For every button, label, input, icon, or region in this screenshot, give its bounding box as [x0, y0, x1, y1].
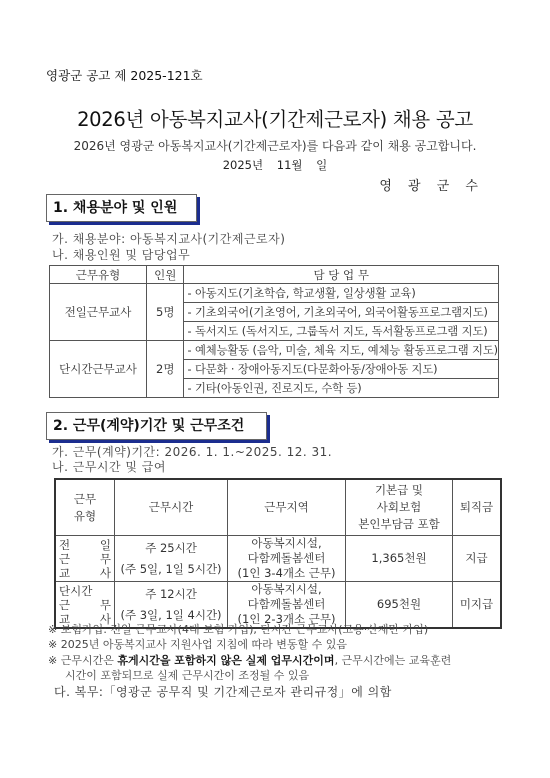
- col-header-pay: 기본급 및 사회보험 본인부담금 포함: [346, 479, 453, 536]
- intro-text: 2026년 영광군 아동복지교사(기간제근로자)를 다음과 같이 채용 공고합니…: [0, 137, 550, 154]
- duty-table: 근무유형 인원 담 당 업 무 전일근무교사 5명 - 아동지도(기초학습, 학…: [49, 265, 499, 398]
- location-cell: 아동복지시설, 다함께돌봄센터 (1인 3-4개소 근무): [228, 536, 346, 582]
- hours-pay-label: 나. 근무시간 및 급여: [52, 458, 166, 475]
- duty-cell: - 다문화 · 장애아동지도(다문화아동/장애아동 지도): [184, 360, 499, 379]
- col-header-location: 근무지역: [228, 479, 346, 536]
- conditions-table: 근무 유형 근무시간 근무지역 기본급 및 사회보험 본인부담금 포함 퇴직금 …: [54, 478, 502, 629]
- type-cell: 단시간근무교사: [50, 341, 147, 398]
- duty-cell: - 독서지도 (독서지도, 그룹독서 지도, 독서활동프로그램 지도): [184, 322, 499, 341]
- service-rules: 다. 복무:「영광군 공무직 및 기간제근로자 관리규정」에 의함: [54, 683, 392, 700]
- duty-cell: - 예체능활동 (음악, 미술, 체육 지도, 예체능 활동프로그램 지도): [184, 341, 499, 360]
- type-cell: 전일근무교사: [50, 284, 147, 341]
- severance-cell: 지급: [453, 536, 502, 582]
- note-work-hours-cont: 시간이 포함되므로 실제 근무시간이 조정될 수 있음: [65, 667, 309, 683]
- col-header-type: 근무유형: [50, 266, 147, 284]
- note-guideline: ※ 2025년 아동복지교사 지원사업 지침에 따라 변동할 수 있음: [48, 636, 347, 652]
- table-row: 전 일 근 무 교 사 주 25시간 (주 5일, 1일 5시간) 아동복지시설…: [55, 536, 501, 582]
- note-work-hours: ※ 근무시간은 휴게시간을 포함하지 않은 실제 업무시간이며, 근무시간에는 …: [48, 652, 451, 668]
- recruit-field: 가. 채용분야: 아동복지교사(기간제근로자): [52, 230, 285, 247]
- type-cell: 전 일 근 무 교 사: [55, 536, 115, 582]
- count-cell: 2명: [147, 341, 184, 398]
- recruit-count-label: 나. 채용인원 및 담당업무: [52, 246, 190, 263]
- table-header-row: 근무 유형 근무시간 근무지역 기본급 및 사회보험 본인부담금 포함 퇴직금: [55, 479, 501, 536]
- col-header-severance: 퇴직금: [453, 479, 502, 536]
- table-row: 단시간근무교사 2명 - 예체능활동 (음악, 미술, 체육 지도, 예체능 활…: [50, 341, 499, 360]
- duty-cell: - 기타(아동인권, 진로지도, 수학 등): [184, 379, 499, 398]
- col-header-duty: 담 당 업 무: [184, 266, 499, 284]
- severance-cell: 미지급: [453, 582, 502, 629]
- section-1-heading: 1. 채용분야 및 인원: [46, 194, 197, 222]
- hours-cell: 주 25시간 (주 5일, 1일 5시간): [115, 536, 228, 582]
- count-cell: 5명: [147, 284, 184, 341]
- note-emphasis: 휴게시간을 포함하지 않은 실제 업무시간이며: [117, 654, 334, 667]
- notice-number: 영광군 공고 제 2025-121호: [46, 66, 203, 84]
- col-header-type: 근무 유형: [55, 479, 115, 536]
- table-header-row: 근무유형 인원 담 당 업 무: [50, 266, 499, 284]
- announcement-date: 2025년 11월 일: [0, 157, 550, 173]
- table-row: 전일근무교사 5명 - 아동지도(기초학습, 학교생활, 일상생활 교육): [50, 284, 499, 303]
- pay-cell: 1,365천원: [346, 536, 453, 582]
- note-insurance: ※ 보험가입: 전일 근무교사(4대 보험 가입), 단시간 근무교사(고용·산…: [48, 621, 428, 637]
- duty-cell: - 기초외국어(기초영어, 기초외국어, 외국어활동프로그램지도): [184, 303, 499, 322]
- issuer: 영 광 군 수: [379, 175, 484, 194]
- page-title: 2026년 아동복지교사(기간제근로자) 채용 공고: [0, 104, 550, 132]
- col-header-hours: 근무시간: [115, 479, 228, 536]
- col-header-count: 인원: [147, 266, 184, 284]
- section-2-heading: 2. 근무(계약)기간 및 근무조건: [46, 412, 267, 440]
- duty-cell: - 아동지도(기초학습, 학교생활, 일상생활 교육): [184, 284, 499, 303]
